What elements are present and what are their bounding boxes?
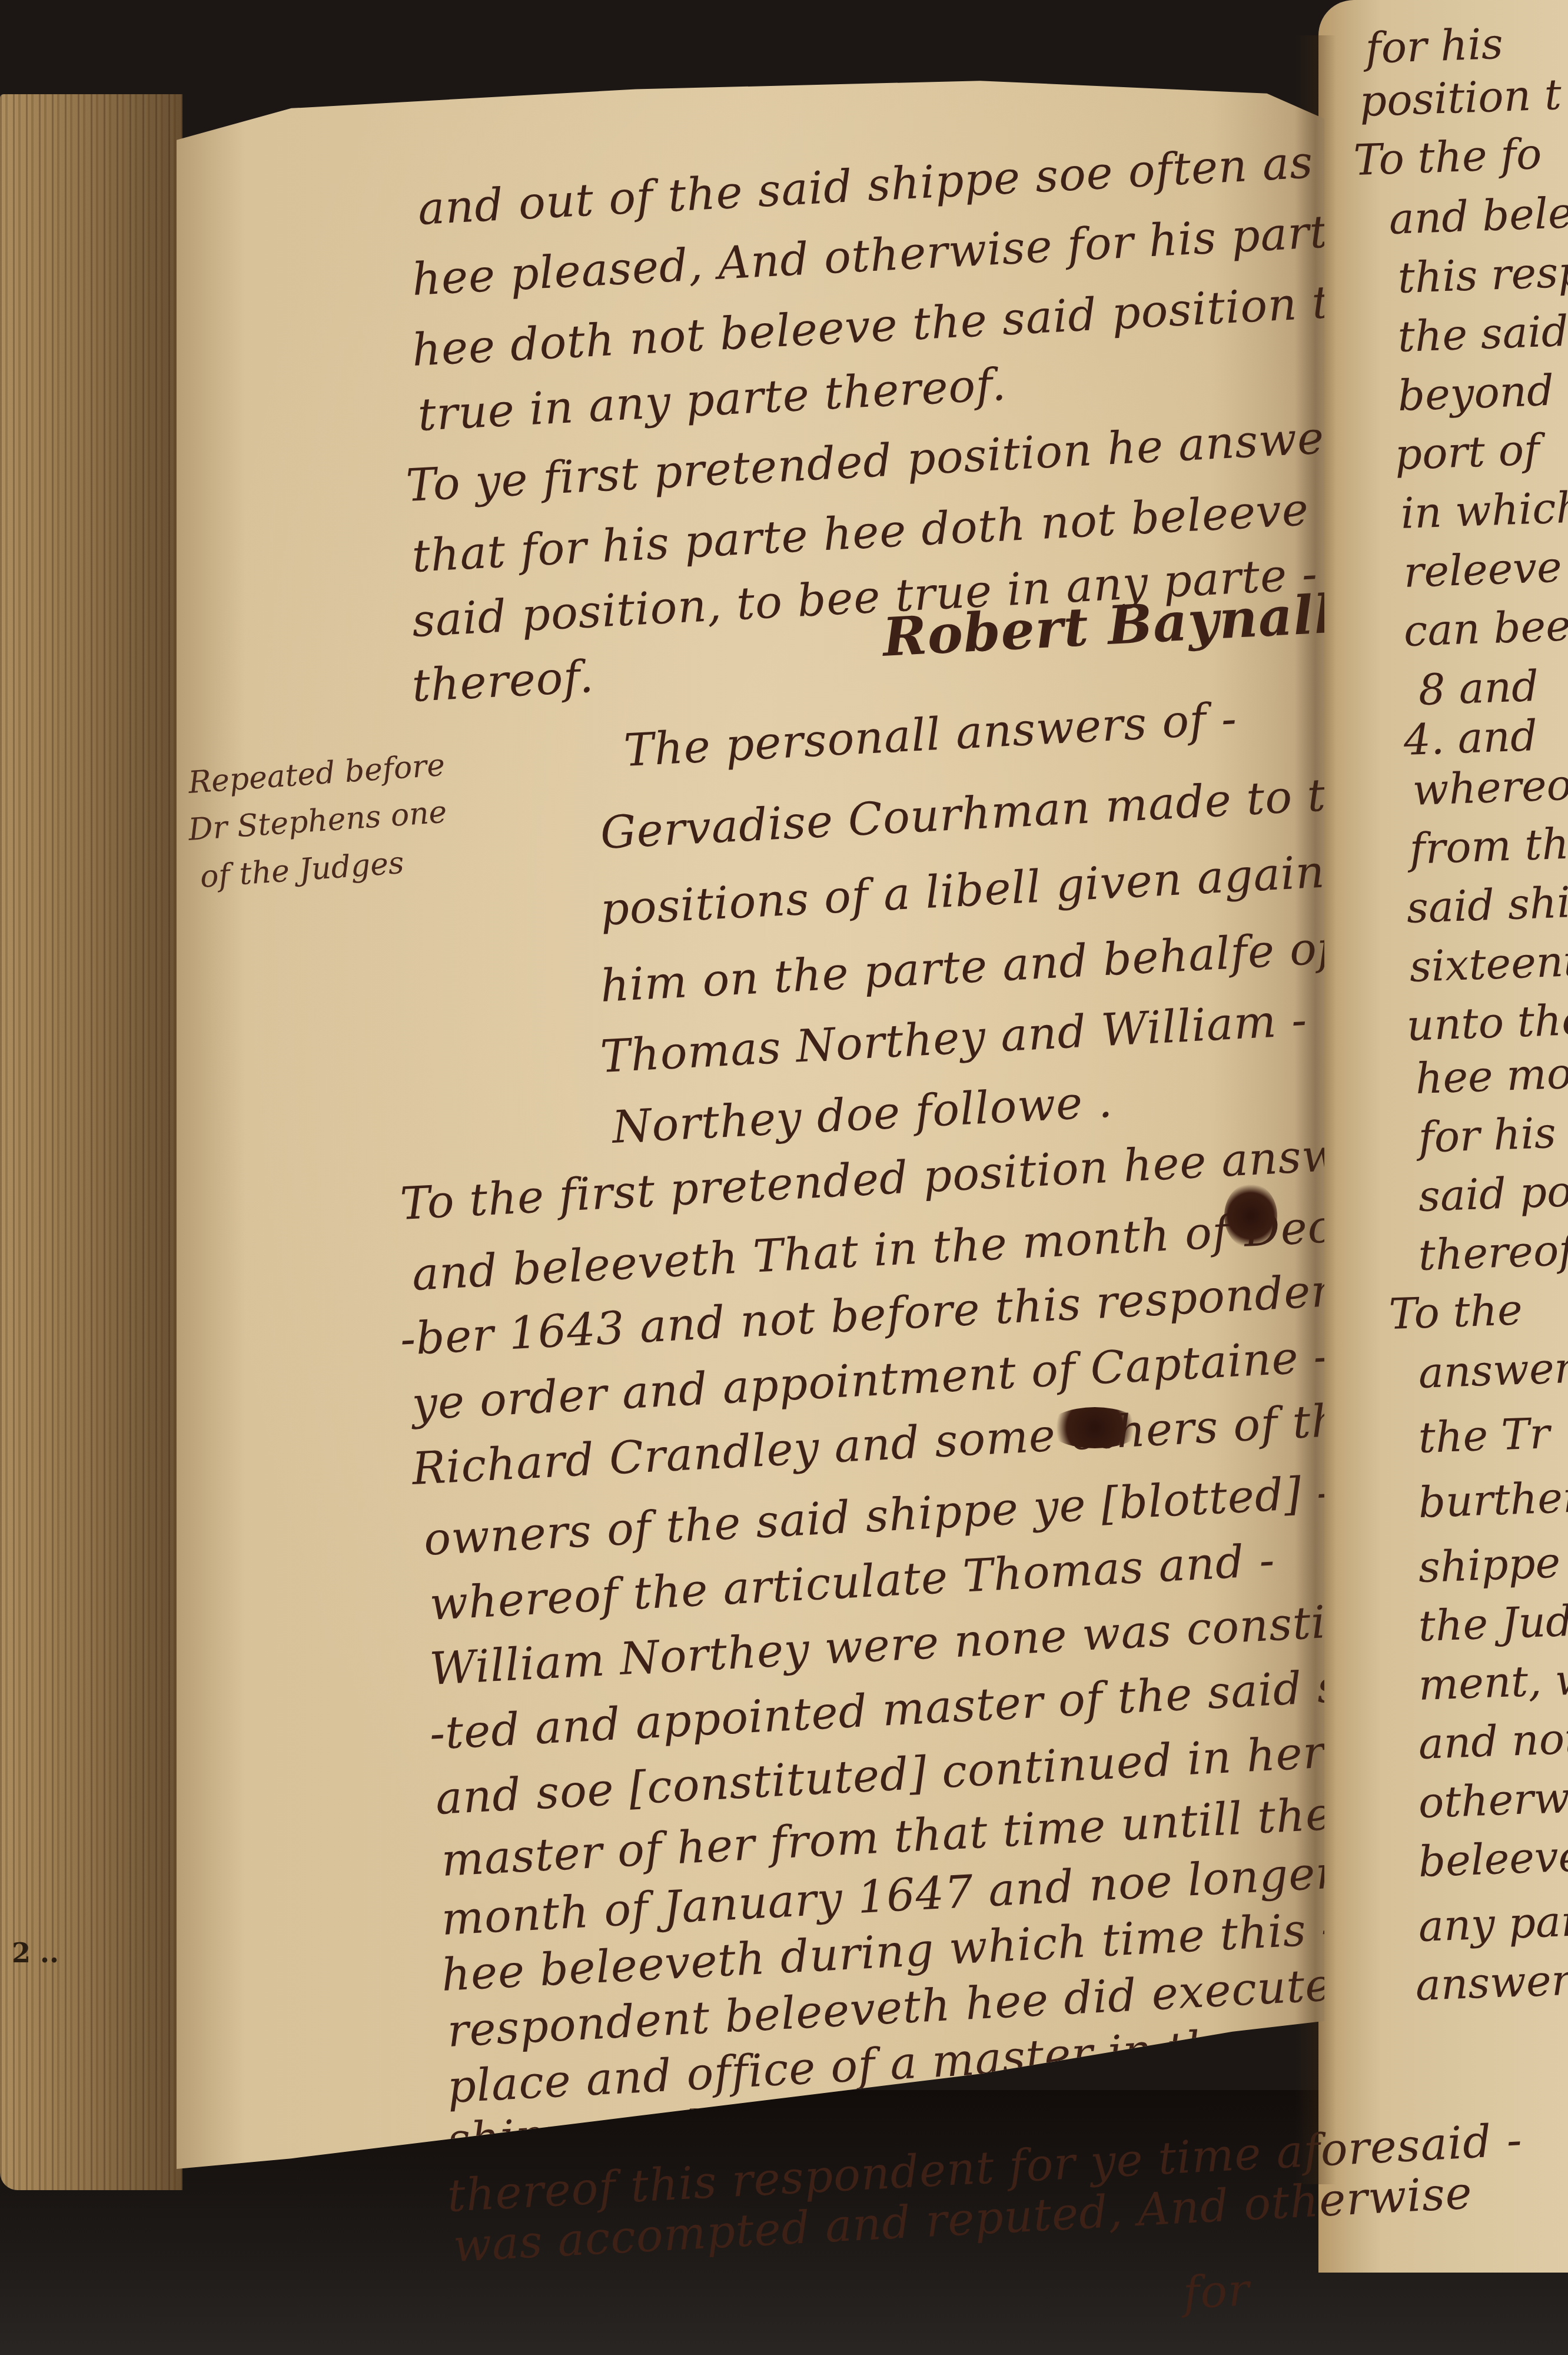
text-line: beleeve <box>1418 1831 1568 1886</box>
text-line: position t <box>1359 69 1563 126</box>
margin-note-line: Dr Stephens one <box>187 794 448 848</box>
text-line: answere <box>1418 1342 1568 1398</box>
text-line: can bee <box>1403 601 1568 656</box>
text-line: said shi <box>1406 877 1568 933</box>
margin-note-line: of the Judges <box>199 845 405 895</box>
right-page: for his position t To the fo and beleo t… <box>1318 0 1568 2273</box>
text-line: ment, w <box>1418 1654 1568 1710</box>
fore-edge-mark: 2 .. <box>12 1937 59 1969</box>
text-line: for <box>1182 2263 1251 2319</box>
text-line: sixteenth <box>1409 935 1568 991</box>
text-line: and beleo <box>1388 187 1568 244</box>
text-line: the Tr <box>1418 1408 1551 1462</box>
heading-line: Northey doe followe . <box>611 1075 1114 1153</box>
text-line: and not <box>1418 1713 1568 1769</box>
text-line: beyond <box>1397 366 1555 420</box>
heading-line: positions of a libell given against <box>599 843 1368 936</box>
text-line: shippe <box>1418 1538 1562 1592</box>
text-line: thereof. <box>411 650 595 712</box>
text-line: 4. and <box>1403 711 1539 765</box>
text-line: burthen <box>1418 1472 1568 1527</box>
text-line: To the <box>1388 1285 1523 1339</box>
text-line: releeve <box>1403 542 1563 597</box>
page-gutter <box>1295 35 1336 2184</box>
text-line: the said <box>1397 306 1568 361</box>
heading-line: Gervadise Courhman made to the <box>599 765 1384 858</box>
text-line: otherwis <box>1418 1772 1568 1827</box>
heading-line: The personall answers of - <box>623 692 1238 776</box>
text-line: To the fo <box>1353 129 1543 185</box>
main-page: and out of the said shippe soe often as … <box>177 77 1324 2190</box>
text-line: the Judg <box>1418 1595 1568 1651</box>
text-line: 8 and <box>1418 661 1540 715</box>
text-line: port of <box>1394 424 1540 479</box>
book-fore-edge: 2 .. <box>0 94 182 2190</box>
text-line: whereof <box>1412 759 1568 815</box>
margin-note-line: Repeated before <box>187 748 446 801</box>
ink-blot <box>1224 1183 1277 1248</box>
text-line: any par <box>1418 1896 1568 1951</box>
text-line: for his <box>1365 19 1504 73</box>
text-line: for his <box>1418 1108 1557 1162</box>
text-line: from th <box>1409 819 1568 874</box>
text-line: said po <box>1418 1166 1568 1221</box>
text-line: this resp <box>1397 247 1568 303</box>
heading-line: Thomas Northey and William - <box>599 993 1308 1083</box>
ink-blot <box>1048 1407 1142 1448</box>
text-line: unto the <box>1406 994 1568 1050</box>
text-line: answers <box>1415 1954 1568 2009</box>
text-line: in which <box>1400 482 1568 538</box>
text-line: hee mo <box>1415 1049 1568 1103</box>
text-line: thereof <box>1418 1225 1568 1280</box>
